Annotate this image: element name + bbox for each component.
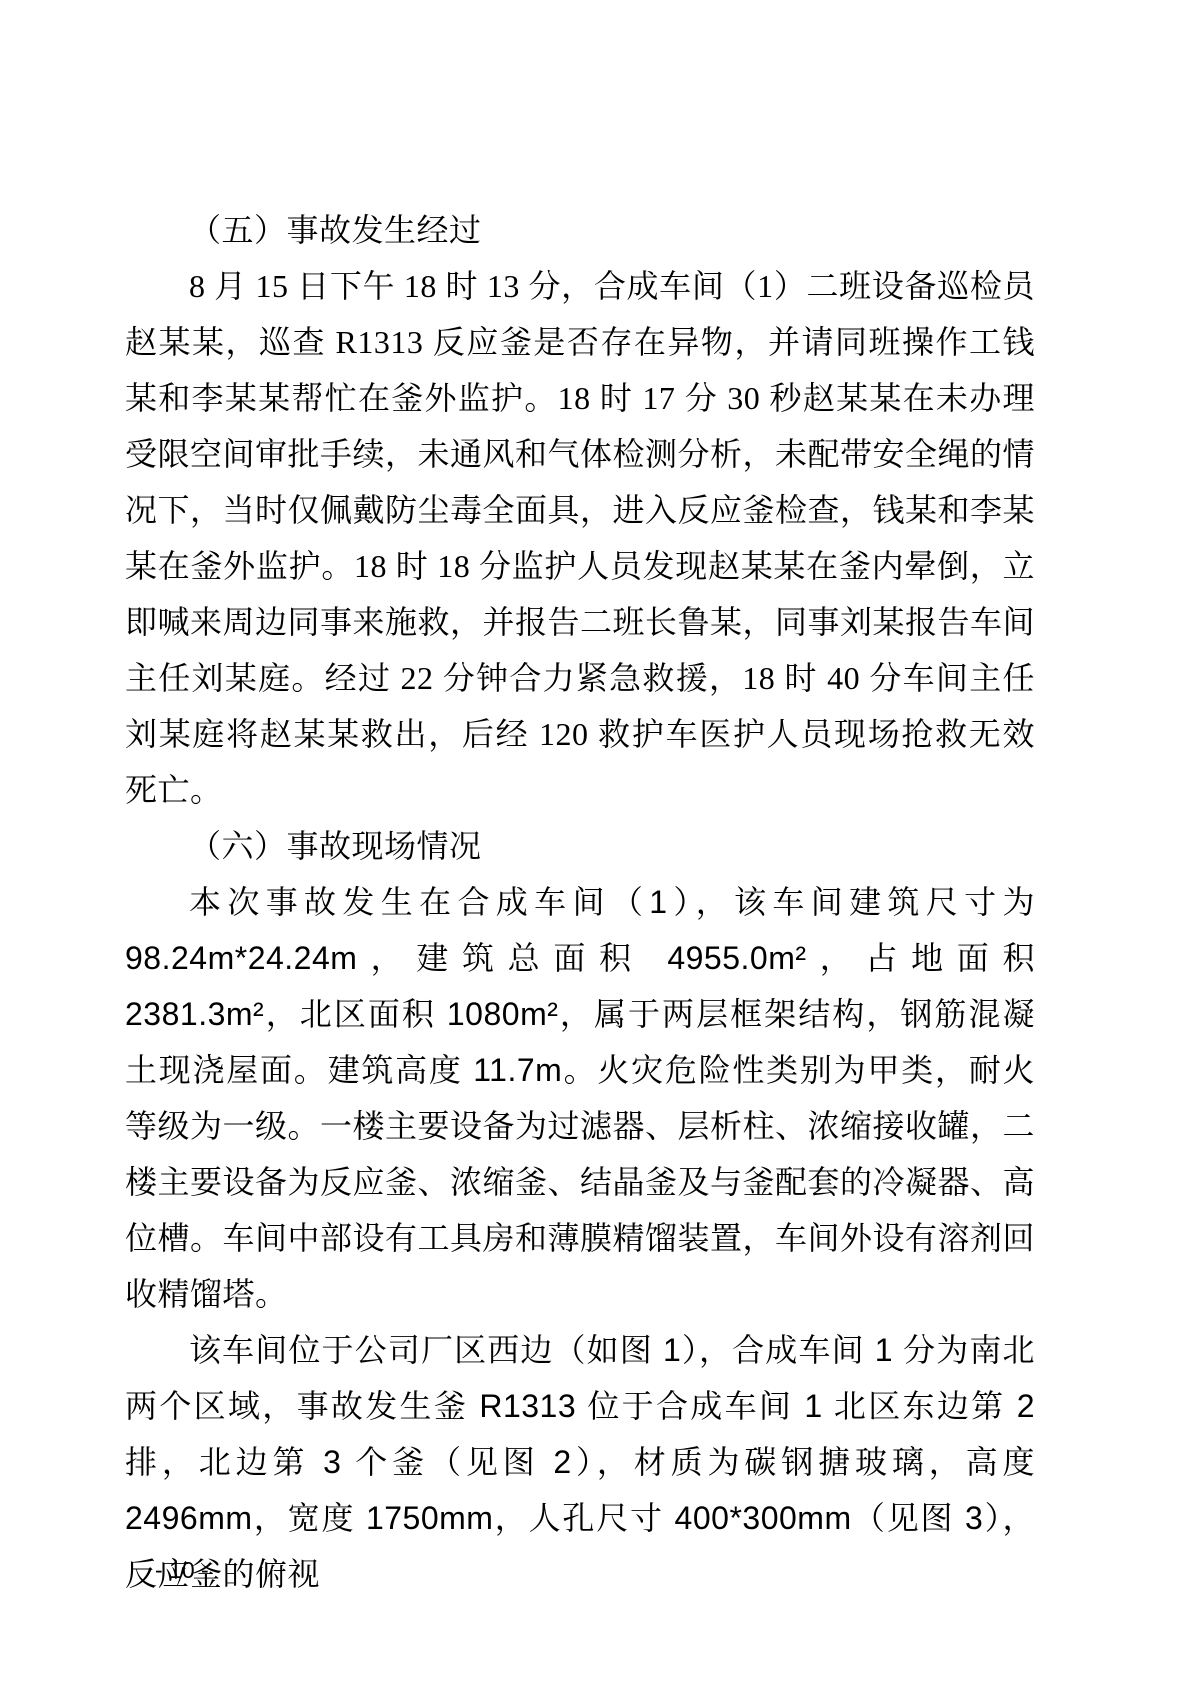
section-heading-accident-scene: （六）事故现场情况 <box>125 818 1035 874</box>
page-number: - 10 - <box>155 1557 209 1583</box>
paragraph-workshop-overview: 本次事故发生在合成车间（1），该车间建筑尺寸为 98.24m*24.24m，建筑… <box>125 874 1035 1322</box>
section-heading-accident-course: （五）事故发生经过 <box>125 202 1035 258</box>
document-page: （五）事故发生经过 8 月 15 日下午 18 时 13 分，合成车间（1）二班… <box>0 0 1190 1683</box>
document-body: （五）事故发生经过 8 月 15 日下午 18 时 13 分，合成车间（1）二班… <box>125 202 1035 1602</box>
paragraph-accident-course: 8 月 15 日下午 18 时 13 分，合成车间（1）二班设备巡检员赵某某，巡… <box>125 258 1035 818</box>
page-footer: - 10 - <box>155 1556 209 1584</box>
paragraph-reactor-location: 该车间位于公司厂区西边（如图 1），合成车间 1 分为南北两个区域，事故发生釜 … <box>125 1322 1035 1602</box>
